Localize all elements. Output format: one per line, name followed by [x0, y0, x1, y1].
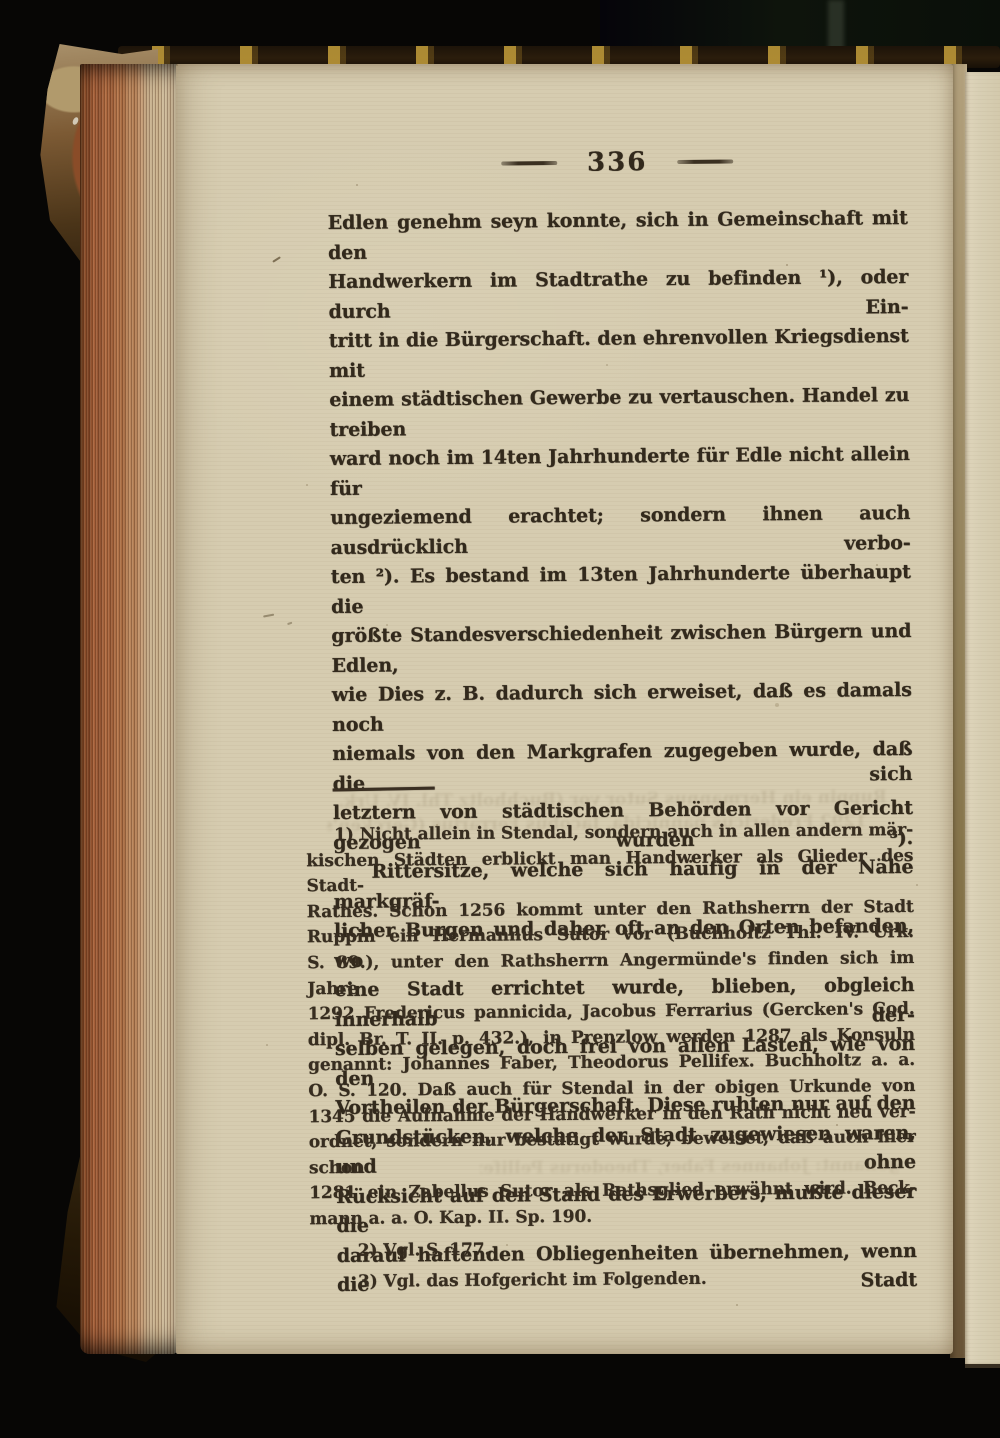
footnote-line: 1281 ein Zabellus Sutor als Rathsglied e…	[309, 1176, 916, 1207]
footnote-line: kischen Städten erblickt man Handwerker …	[306, 844, 913, 900]
text-line: wie Dies z. B. dadurch sich erweiset, da…	[332, 676, 912, 740]
spine-highlight	[828, 0, 844, 50]
header-dash-left-icon	[501, 161, 557, 165]
text-line: Handwerkern im Stadtrathe zu befinden ¹)…	[328, 263, 908, 327]
text-line: tritt in die Bürgerschaft. den ehrenvoll…	[329, 322, 909, 386]
footnotes-block: 1) Nicht allein in Stendal, sondern auch…	[306, 818, 917, 1296]
footnote-line: 3) Vgl. das Hofgericht im Folgenden.	[310, 1265, 917, 1296]
footnote-line: ordnet, sondern nur bestätigt wurde, bew…	[309, 1125, 916, 1181]
text-line: einem städtischen Gewerbe zu vertauschen…	[329, 381, 909, 445]
page-content: 336 Edlen genehm seyn konnte, sich in Ge…	[176, 64, 953, 1354]
text-line: ward noch im 14ten Jahrhunderte für Edle…	[330, 440, 910, 504]
text-line: größte Standesverschiedenheit zwischen B…	[331, 617, 911, 681]
text-line: ten ²). Es bestand im 13ten Jahrhunderte…	[331, 558, 911, 622]
paper-speckles	[176, 64, 178, 66]
footnote-line: S. 89.), unter den Rathsherrn Angermünde…	[307, 946, 914, 1002]
adjacent-page-edge	[965, 72, 1000, 1364]
text-line: ungeziemend erachtet; sondern ihnen auch…	[330, 499, 910, 563]
page-header: 336	[327, 145, 907, 180]
book-spine-top	[600, 0, 1000, 52]
text-line: Edlen genehm seyn konnte, sich in Gemein…	[328, 204, 908, 268]
pencil-mark	[287, 622, 292, 625]
photo-backdrop: 336 Edlen genehm seyn konnte, sich in Ge…	[0, 0, 1000, 1438]
page-fore-edges	[80, 64, 178, 1354]
page-number: 336	[587, 147, 648, 178]
footnote-line: 2) Vgl. S. 177.	[310, 1233, 917, 1264]
pencil-mark	[272, 256, 281, 263]
pencil-mark	[263, 614, 274, 618]
header-dash-right-icon	[677, 160, 733, 164]
footnote-line: mann a. a. O. Kap. II. Sp. 190.	[309, 1202, 916, 1233]
book-page: 336 Edlen genehm seyn konnte, sich in Ge…	[176, 64, 953, 1354]
